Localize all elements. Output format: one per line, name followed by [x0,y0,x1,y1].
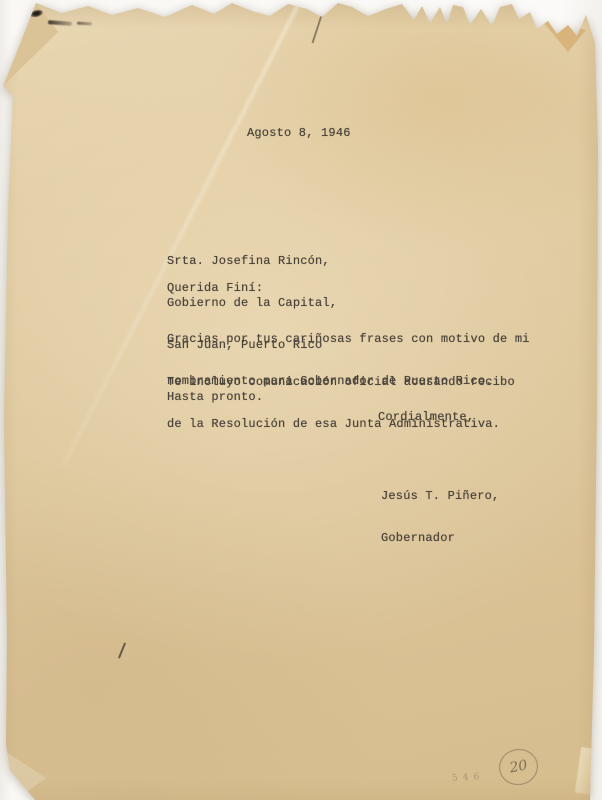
signature-name: Jesús T. Piñero, [381,489,499,503]
letter-page: Agosto 8, 1946 Srta. Josefina Rincón, Go… [0,0,602,800]
ink-smear-mark [77,22,92,26]
body-paragraph-3: Hasta pronto. [167,390,263,404]
ink-smudge-icon [29,9,43,19]
pen-slash-mark [118,642,126,659]
body-line: Gracias por tus cariñosas frases con mot… [167,332,530,346]
pencil-archive-mark: 546 [452,772,485,784]
letter-date: Agosto 8, 1946 [247,126,351,140]
circled-page-number-annotation: 20 [496,746,541,788]
signature-title: Gobernador [381,531,499,545]
scanner-background: Agosto 8, 1946 Srta. Josefina Rincón, Go… [0,0,602,800]
ink-smear-mark [48,20,72,26]
salutation: Querida Finí: [167,281,263,295]
letter-page-wrap: Agosto 8, 1946 Srta. Josefina Rincón, Go… [0,0,602,800]
scratch-line [312,3,326,43]
bottom-right-tear-mark [575,747,599,795]
body-line: Te incluyo comunicación oficial acusando… [167,375,515,389]
signature-block: Jesús T. Piñero, Gobernador [381,461,499,573]
recipient-name: Srta. Josefina Rincón, [167,254,337,268]
closing-line: Cordialmente, [378,410,474,424]
